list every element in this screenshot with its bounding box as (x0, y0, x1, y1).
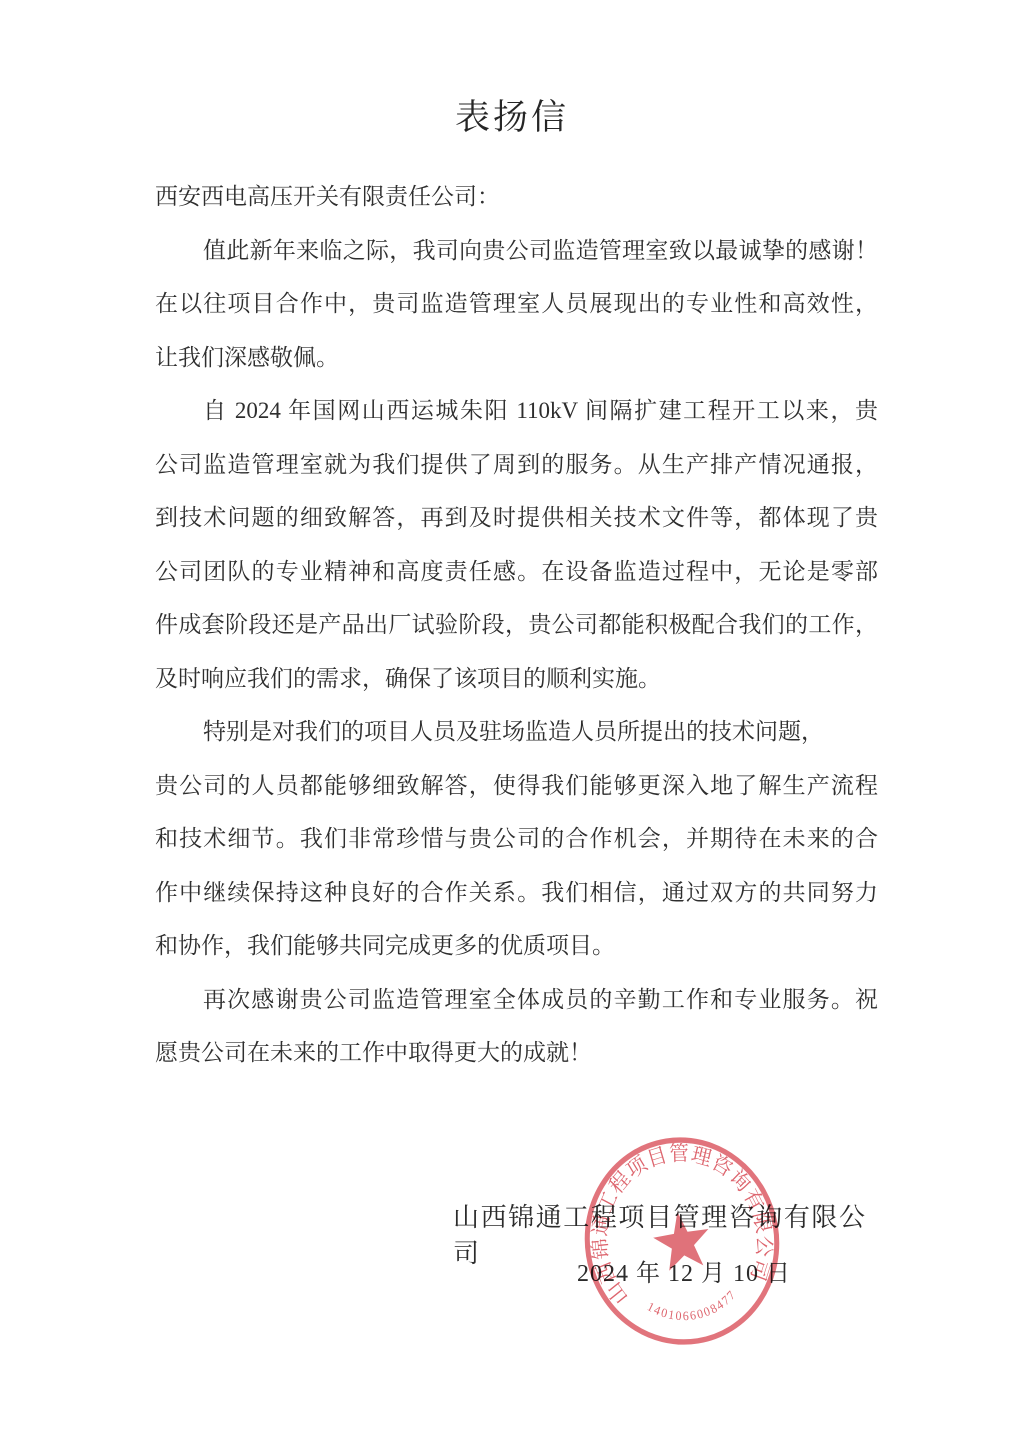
letter-content: 西安西电高压开关有限责任公司： 值此新年来临之际，我司向贵公司监造管理室致以最诚… (155, 170, 878, 1080)
paragraph: 自 2024 年国网山西运城朱阳 110kV 间隔扩建工程开工以来，贵公司监造管… (155, 384, 878, 705)
letter-line: 到技术问题的细致解答，再到及时提供相关技术文件等，都体现了贵 (155, 491, 878, 545)
letter-title: 表扬信 (0, 95, 1024, 140)
letter-body: 值此新年来临之际，我司向贵公司监造管理室致以最诚挚的感谢！在以往项目合作中，贵司… (155, 224, 878, 1080)
paragraph: 再次感谢贵公司监造管理室全体成员的辛勤工作和专业服务。祝愿贵公司在未来的工作中取… (155, 973, 878, 1080)
letter-salutation: 西安西电高压开关有限责任公司： (155, 170, 878, 224)
letter-line: 让我们深感敬佩。 (155, 331, 878, 385)
letter-line: 再次感谢贵公司监造管理室全体成员的辛勤工作和专业服务。祝 (155, 973, 878, 1027)
letter-page: 表扬信 西安西电高压开关有限责任公司： 值此新年来临之际，我司向贵公司监造管理室… (0, 0, 1024, 1447)
seal-serial-number: 1401066008477 (643, 1285, 742, 1329)
signature-date: 2024 年 12 月 10 日 (577, 1256, 791, 1292)
letter-line: 贵公司的人员都能够细致解答，使得我们能够更深入地了解生产流程 (155, 759, 878, 813)
letter-line: 件成套阶段还是产品出厂试验阶段，贵公司都能积极配合我们的工作， (155, 598, 878, 652)
letter-line: 及时响应我们的需求，确保了该项目的顺利实施。 (155, 652, 878, 706)
letter-line: 值此新年来临之际，我司向贵公司监造管理室致以最诚挚的感谢！ (155, 224, 878, 278)
letter-line: 自 2024 年国网山西运城朱阳 110kV 间隔扩建工程开工以来，贵 (155, 384, 878, 438)
letter-line: 和技术细节。我们非常珍惜与贵公司的合作机会，并期待在未来的合 (155, 812, 878, 866)
letter-line: 公司团队的专业精神和高度责任感。在设备监造过程中，无论是零部 (155, 545, 878, 599)
letter-line: 特别是对我们的项目人员及驻场监造人员所提出的技术问题， (155, 705, 878, 759)
letter-line: 在以往项目合作中，贵司监造管理室人员展现出的专业性和高效性， (155, 277, 878, 331)
paragraph: 值此新年来临之际，我司向贵公司监造管理室致以最诚挚的感谢！在以往项目合作中，贵司… (155, 224, 878, 385)
letter-line: 作中继续保持这种良好的合作关系。我们相信，通过双方的共同努力 (155, 866, 878, 920)
letter-line: 和协作，我们能够共同完成更多的优质项目。 (155, 919, 878, 973)
paragraph: 特别是对我们的项目人员及驻场监造人员所提出的技术问题，贵公司的人员都能够细致解答… (155, 705, 878, 973)
letter-line: 愿贵公司在未来的工作中取得更大的成就！ (155, 1026, 878, 1080)
letter-line: 公司监造管理室就为我们提供了周到的服务。从生产排产情况通报， (155, 438, 878, 492)
